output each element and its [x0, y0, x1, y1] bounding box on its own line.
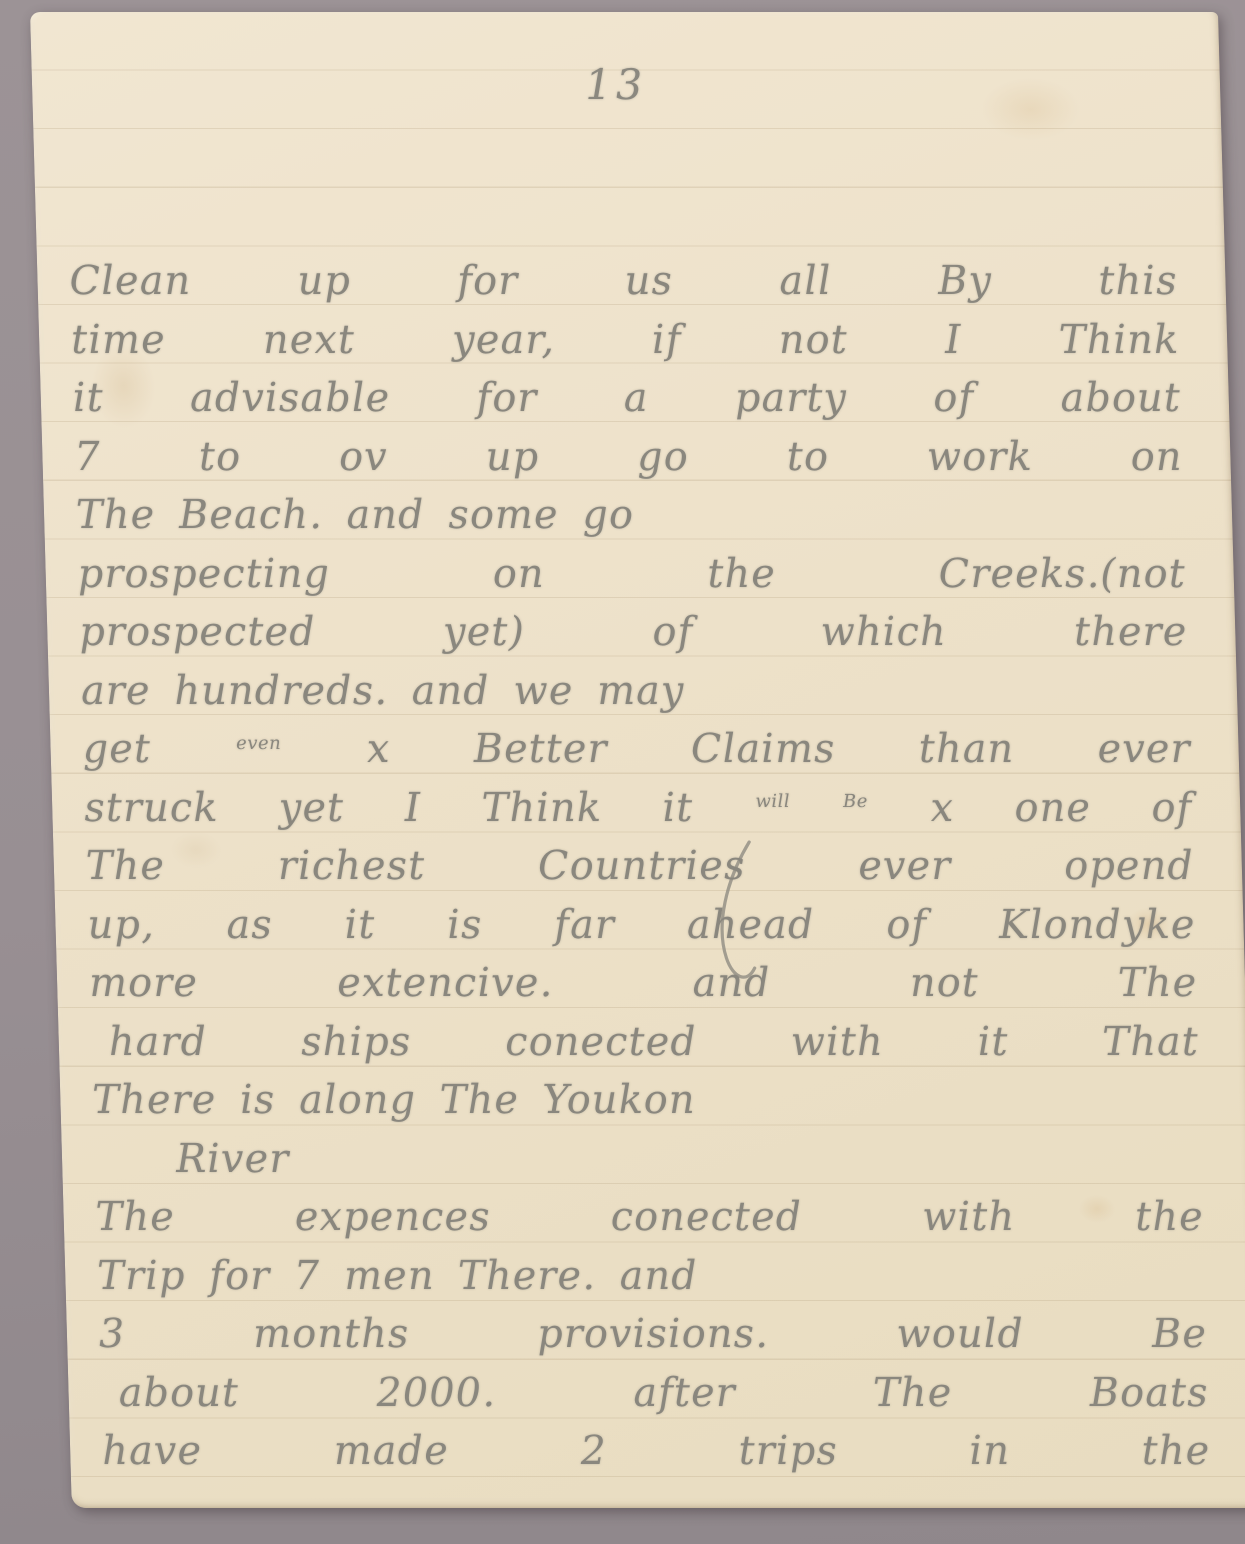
handwritten-line-15: There is along The Youkon — [92, 1071, 1202, 1130]
handwritten-line-5: The Beach. and some go — [75, 486, 1185, 545]
handwritten-line-14: hard ships conected with it That — [90, 1013, 1200, 1072]
inserted-word-even: even — [236, 733, 282, 754]
handwritten-line-13: more extencive. and not The — [88, 954, 1198, 1013]
photo-background: 13 Clean up for us all By this time next… — [0, 0, 1245, 1544]
handwritten-line-6: prospecting on the Creeks.(not — [77, 545, 1187, 604]
line-10-rest: x one of — [930, 785, 1193, 831]
handwritten-line-11: The richest Countries ever opend — [85, 837, 1195, 896]
handwritten-line-16: River — [175, 1130, 1203, 1189]
handwritten-line-10: struck yet I Think it will Be x one of — [83, 779, 1193, 838]
handwritten-line-20: about 2000. after The Boats — [100, 1364, 1210, 1423]
handwritten-line-4: 7 to ov up go to work on — [74, 428, 1184, 487]
inserted-word-will-be: will Be — [755, 791, 868, 812]
handwritten-line-19: 3 months provisions. would Be — [98, 1305, 1208, 1364]
handwritten-line-21: have made 2 trips in the — [101, 1422, 1211, 1481]
page-number: 13 — [584, 60, 647, 109]
handwritten-line-17: The expences conected with the — [95, 1188, 1205, 1247]
handwritten-line-8: are hundreds. and we may — [80, 662, 1190, 721]
line-10-start: struck yet I Think it — [84, 785, 694, 831]
handwritten-line-2: time next year, if not I Think — [70, 311, 1180, 370]
handwritten-line-18: Trip for 7 men There. and — [96, 1247, 1206, 1306]
handwritten-line-3: it advisable for a party of about — [72, 369, 1182, 428]
handwritten-line-12: up, as it is far ahead of Klondyke — [87, 896, 1197, 955]
letter-page: 13 Clean up for us all By this time next… — [30, 12, 1245, 1508]
handwritten-line-7: prospected yet) of which there — [79, 603, 1189, 662]
line-9-rest: x Better Claims than ever — [366, 726, 1191, 772]
line-9-start: get — [82, 726, 152, 772]
letter-body: Clean up for us all By this time next ye… — [69, 252, 1211, 1481]
handwritten-line-1: Clean up for us all By this — [69, 252, 1179, 311]
handwritten-line-9: get even x Better Claims than ever — [82, 720, 1192, 779]
